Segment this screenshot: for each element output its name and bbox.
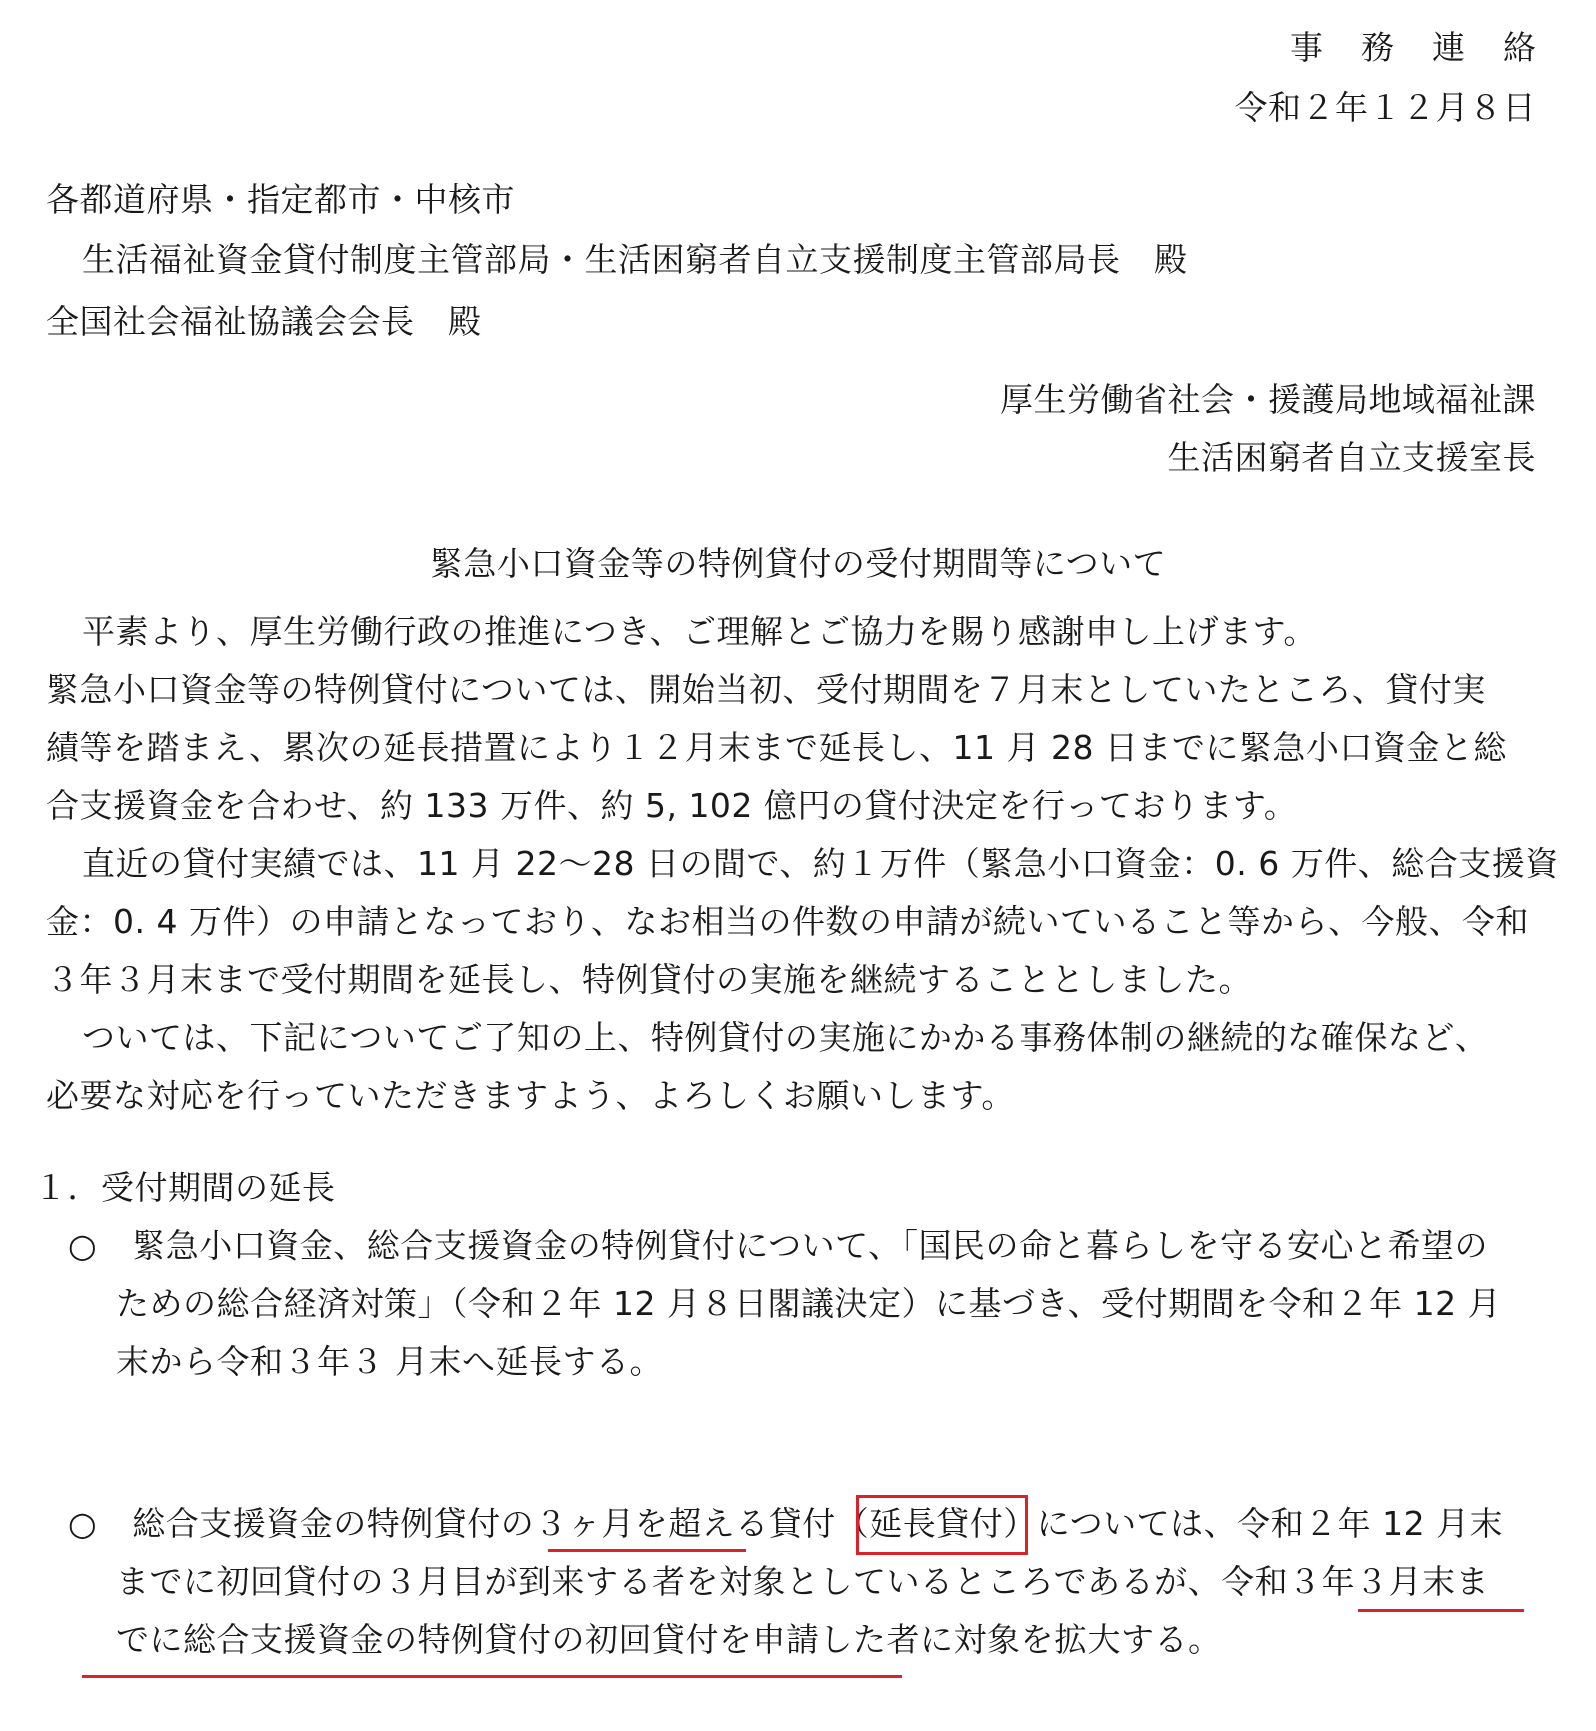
body-line: 緊急小口資金等の特例貸付については、開始当初、受付期間を７月末としていたところ、… bbox=[46, 670, 1486, 710]
bullet-continuation: までに初回貸付の３月目が到来する者を対象としているところであるが、令和３年３月末… bbox=[116, 1562, 1489, 1602]
body-line: 平素より、厚生労働行政の推進につき、ご理解とご協力を賜り感謝申し上げます。 bbox=[46, 612, 1317, 652]
document-subject: 緊急小口資金等の特例貸付の受付期間等について bbox=[0, 544, 1596, 584]
underlined-text: ３月末ま bbox=[1355, 1562, 1489, 1601]
body-line: 必要な対応を行っていただきますよう、よろしくお願いします。 bbox=[46, 1076, 1015, 1116]
addressee-line-1: 各都道府県・指定都市・中核市 bbox=[46, 180, 515, 220]
bullet-text: 緊急小口資金、総合支援資金の特例貸付について、「国民の命と暮らしを守る安心と希望… bbox=[132, 1226, 1488, 1265]
bullet-circle-icon: ○ bbox=[68, 1226, 97, 1265]
addressee-line-3: 全国社会福祉協議会会長 殿 bbox=[46, 302, 482, 342]
bullet-continuation: ための総合経済対策」（令和２年 12 月８日閣議決定）に基づき、受付期間を令和２… bbox=[116, 1284, 1501, 1324]
document-date: 令和２年１２月８日 bbox=[1235, 88, 1537, 128]
body-line: ３年３月末まで受付期間を延長し、特例貸付の実施を継続することとしました。 bbox=[46, 960, 1252, 1000]
bullet-text: ）については、令和２年 12 月末 bbox=[1003, 1504, 1503, 1543]
bullet-continuation: でに総合支援資金の特例貸付の初回貸付を申請した者に対象を拡大する。 bbox=[116, 1620, 1222, 1660]
body-line: 合支援資金を合わせ、約 133 万件、約 5, 102 億円の貸付決定を行ってお… bbox=[46, 786, 1297, 826]
underlined-text: ３ヶ月を超える bbox=[534, 1504, 769, 1543]
red-box-annotation bbox=[856, 1495, 1028, 1555]
addressee-line-2: 生活福祉資金貸付制度主管部局・生活困窮者自立支援制度主管部局長 殿 bbox=[82, 240, 1188, 280]
bullet-item-1: ○ 緊急小口資金、総合支援資金の特例貸付について、「国民の命と暮らしを守る安心と… bbox=[68, 1226, 1488, 1266]
body-line: ついては、下記についてご了知の上、特例貸付の実施にかかる事務体制の継続的な確保な… bbox=[46, 1018, 1488, 1058]
section-heading: １．受付期間の延長 bbox=[34, 1168, 336, 1208]
sender-line-1: 厚生労働省社会・援護局地域福祉課 bbox=[1000, 380, 1536, 420]
bullet-text: 者に対象を拡大する。 bbox=[887, 1620, 1222, 1659]
red-underline-annotation bbox=[82, 1675, 902, 1678]
body-line: 金：0. 4 万件）の申請となっており、なお相当の件数の申請が続いていること等か… bbox=[46, 902, 1529, 942]
bullet-text: 総合支援資金の特例貸付の bbox=[132, 1504, 534, 1543]
red-underline-annotation bbox=[548, 1549, 746, 1552]
document-type-label: 事務連絡 bbox=[1290, 28, 1574, 68]
bullet-item-2: ○ 総合支援資金の特例貸付の３ヶ月を超える貸付（延長貸付）については、令和２年 … bbox=[68, 1504, 1503, 1544]
bullet-circle-icon: ○ bbox=[68, 1504, 97, 1543]
body-line: 績等を踏まえ、累次の延長措置により１２月末まで延長し、11 月 28 日までに緊… bbox=[46, 728, 1507, 768]
bullet-text: までに初回貸付の３月目が到来する者を対象としているところであるが、令和３年 bbox=[116, 1562, 1355, 1601]
underlined-text: でに総合支援資金の特例貸付の初回貸付を申請した bbox=[116, 1620, 887, 1659]
bullet-text: 貸付（ bbox=[769, 1504, 870, 1543]
sender-line-2: 生活困窮者自立支援室長 bbox=[1168, 438, 1537, 478]
bullet-continuation: 末から令和３年３ 月末へ延長する。 bbox=[116, 1342, 663, 1382]
red-underline-annotation bbox=[1358, 1609, 1524, 1612]
body-line: 直近の貸付実績では、11 月 22～28 日の間で、約１万件（緊急小口資金：0.… bbox=[46, 844, 1559, 884]
